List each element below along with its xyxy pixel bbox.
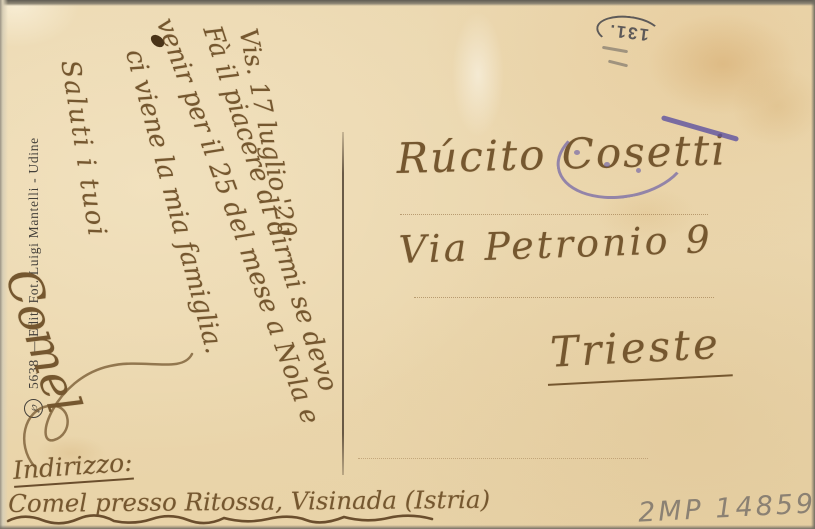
scan-edge xyxy=(0,0,8,529)
paper-stain xyxy=(648,14,798,114)
scan-edge xyxy=(811,0,815,529)
paper-stain xyxy=(732,66,815,146)
scan-edge xyxy=(0,0,815,6)
postmark-dot xyxy=(604,162,610,167)
stamp-smudge xyxy=(608,60,628,68)
postcard-scan: ℘ 5638 — Edit. Fot. Luigi Mantelli - Udi… xyxy=(0,0,815,529)
divider-line xyxy=(342,132,344,475)
postmark-dot xyxy=(574,150,580,155)
postmark-dot xyxy=(636,168,641,173)
catalog-number: 2MP 14859 xyxy=(637,488,815,528)
address-rule xyxy=(358,458,648,459)
address-rule xyxy=(414,297,714,298)
address-rule xyxy=(400,214,708,215)
recipient-city: Trieste xyxy=(545,318,732,386)
message-closing: Saluti i tuoi xyxy=(54,58,112,240)
stamp-smudge xyxy=(602,46,628,53)
transit-stamp: 131. xyxy=(594,12,662,51)
wavy-underline xyxy=(6,511,436,527)
recipient-street: Via Petronio 9 xyxy=(398,217,713,272)
paper-smudge xyxy=(452,12,504,137)
sender-label: Indirizzo: xyxy=(12,448,134,488)
